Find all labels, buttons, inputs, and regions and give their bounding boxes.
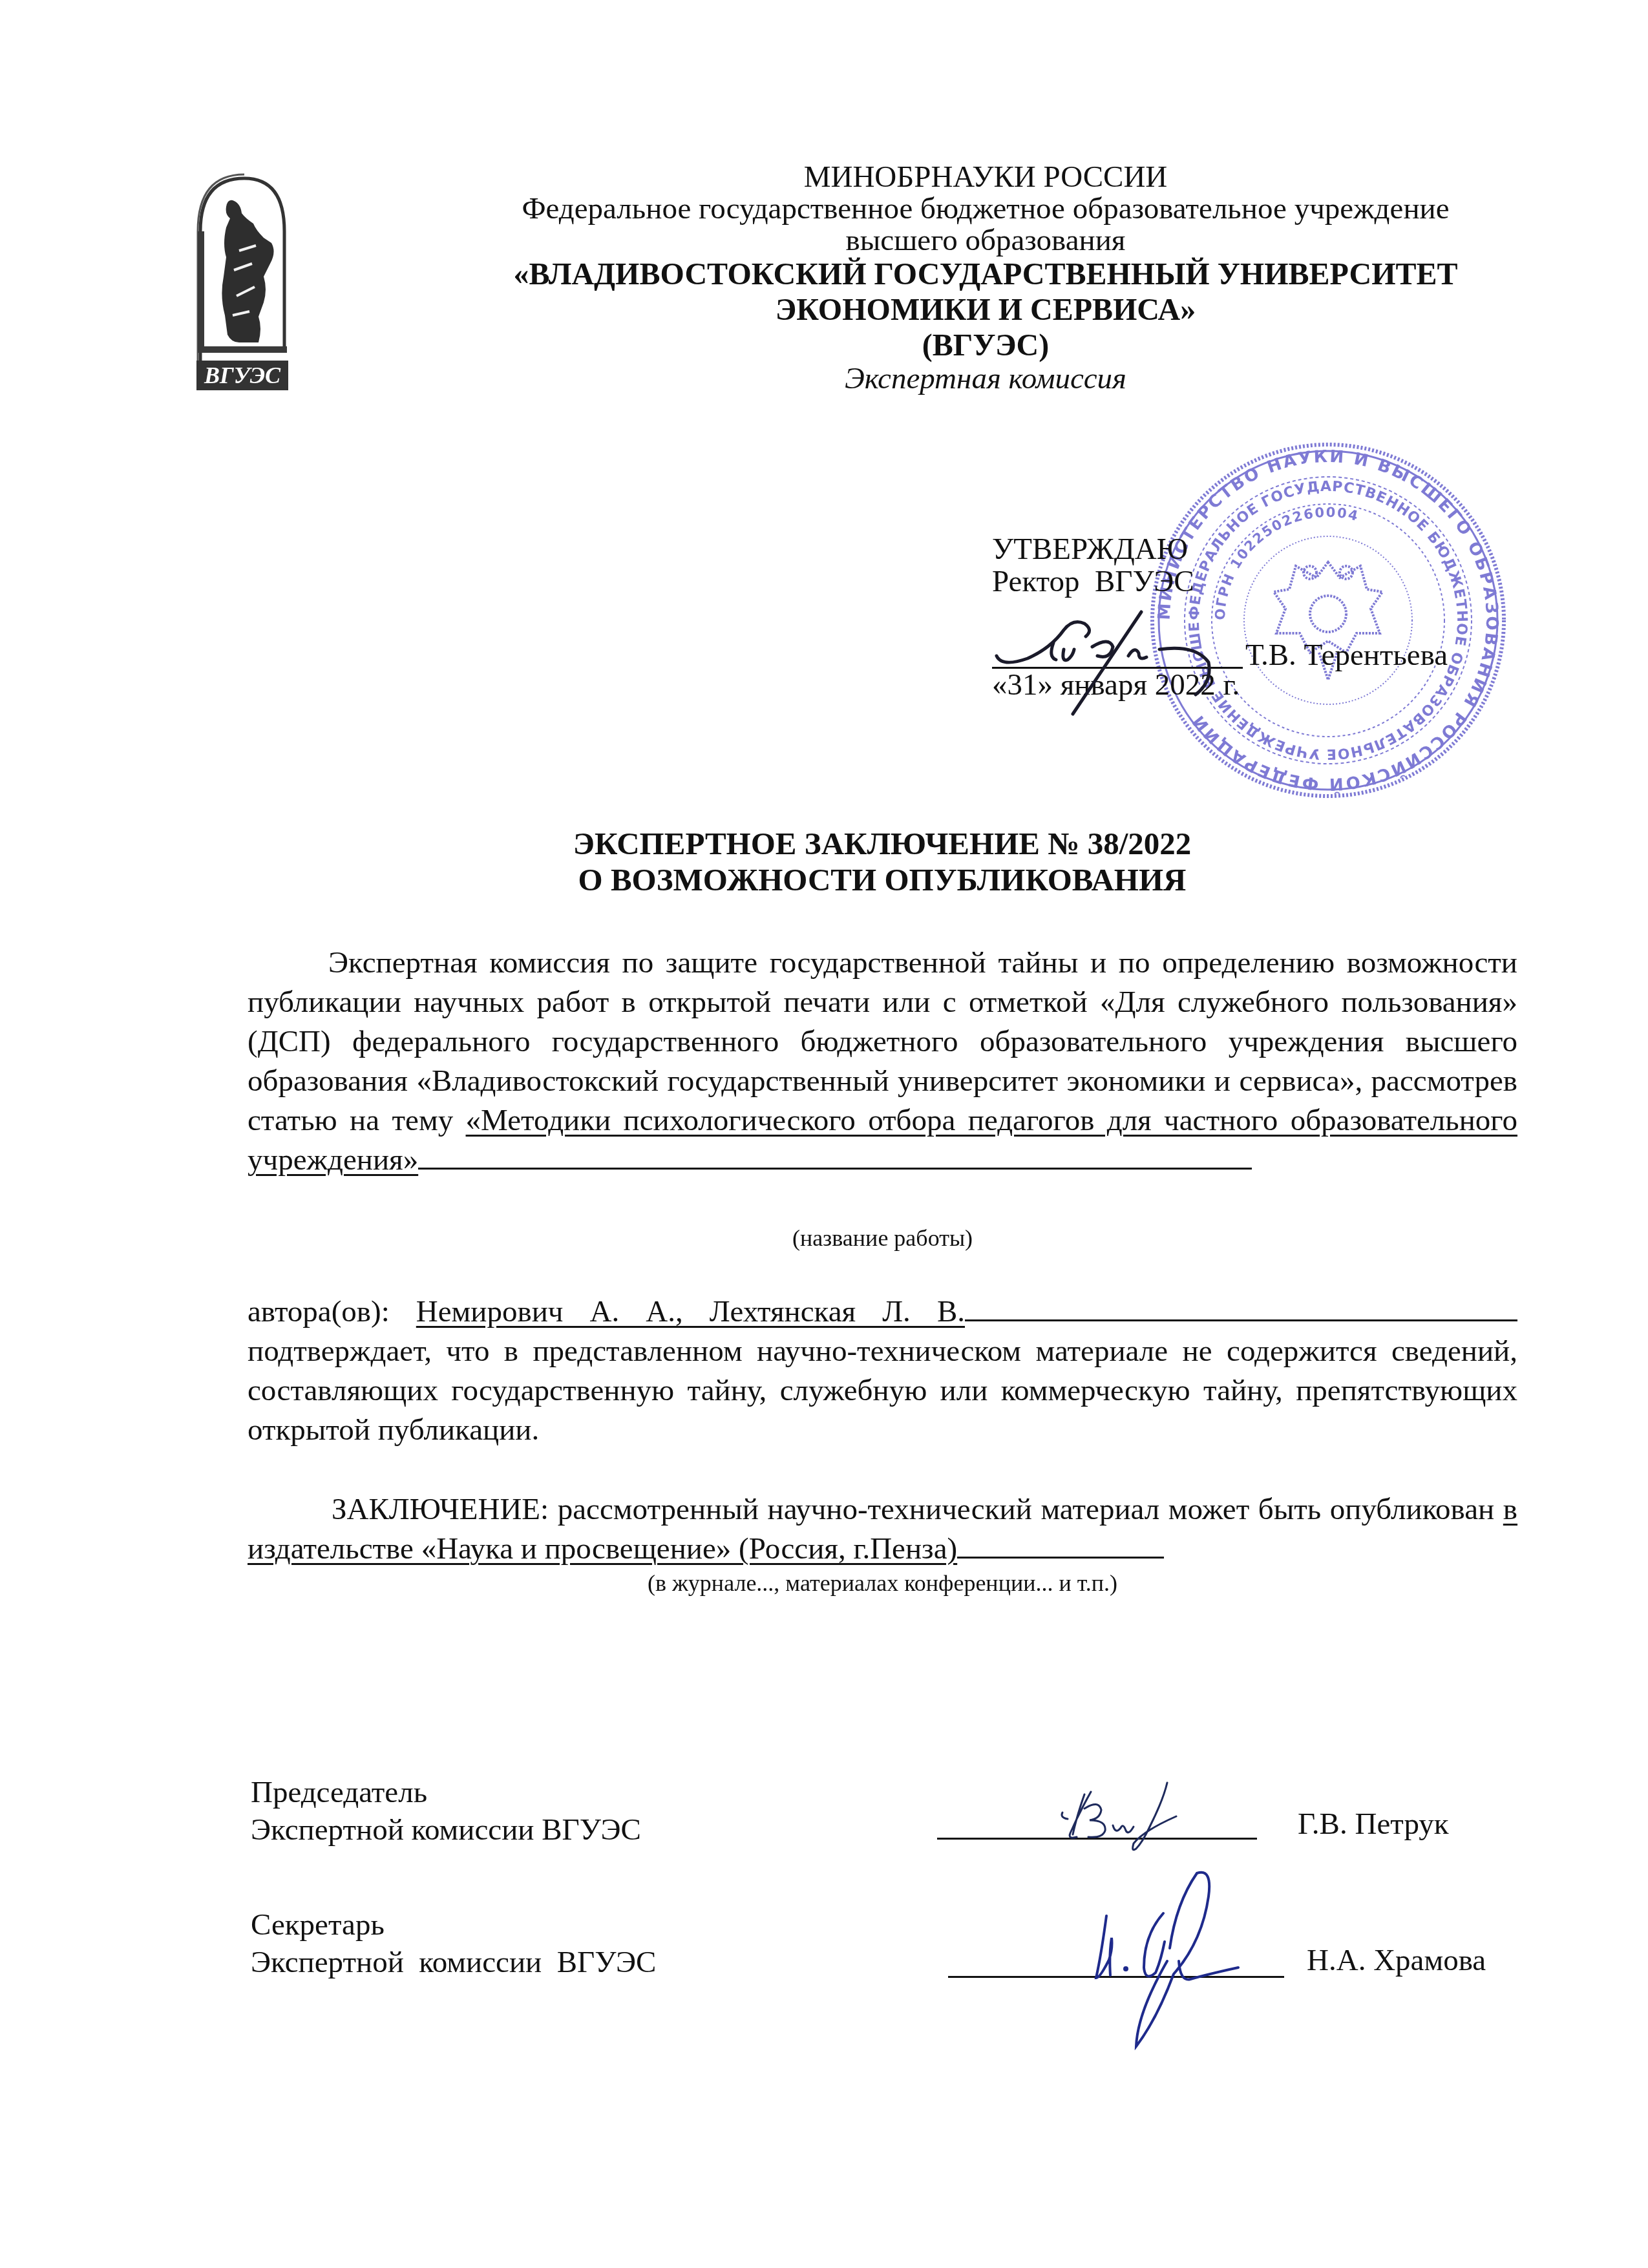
work-title-caption: (название работы) <box>248 1224 1517 1252</box>
approval-block: УТВЕРЖДАЮ Ректор ВГУЭС Т.В. Терентьева «… <box>992 533 1509 701</box>
chairman-title: Председатель <box>251 1774 641 1811</box>
rector-name: Т.В. Терентьева <box>1245 639 1448 671</box>
university-statue-logo-icon <box>194 173 291 392</box>
authors-paragraph: автора(ов): Немирович А. А., Лехтянская … <box>248 1292 1517 1450</box>
conclusion-paragraph: ЗАКЛЮЧЕНИЕ: рассмотренный научно-техниче… <box>248 1490 1517 1569</box>
chairman-commission: Экспертной комиссии ВГУЭС <box>251 1811 641 1849</box>
document-title: ЭКСПЕРТНОЕ ЗАКЛЮЧЕНИЕ № 38/2022 О ВОЗМОЖ… <box>246 826 1519 898</box>
approve-label: УТВЕРЖДАЮ <box>992 533 1509 565</box>
chairman-signature-icon <box>1053 1780 1183 1851</box>
authors-fill-line <box>965 1294 1517 1321</box>
university-logo: ВГУЭС <box>194 173 291 392</box>
document-header: МИНОБРНАУКИ РОССИИ Федеральное государст… <box>478 162 1493 395</box>
university-name-line2: ЭКОНОМИКИ И СЕРВИСА» <box>478 292 1493 328</box>
conclusion-lead: ЗАКЛЮЧЕНИЕ: рассмотренный научно-техниче… <box>332 1493 1494 1526</box>
publisher-fill-line <box>957 1531 1164 1559</box>
title-line1: ЭКСПЕРТНОЕ ЗАКЛЮЧЕНИЕ № 38/2022 <box>246 826 1519 862</box>
university-abbreviation: (ВГУЭС) <box>478 328 1493 363</box>
institution-type-line2: высшего образования <box>478 225 1493 257</box>
secretary-name: Н.А. Храмова <box>1307 1942 1486 1979</box>
secretary-signature-icon <box>1047 1864 1241 2058</box>
approval-date: «31» января 2022 г. <box>992 669 1509 701</box>
confirmation-text: подтверждает, что в представленном научн… <box>248 1334 1517 1447</box>
title-line2: О ВОЗМОЖНОСТИ ОПУБЛИКОВАНИЯ <box>246 862 1519 898</box>
secretary-commission: Экспертной комиссии ВГУЭС <box>251 1944 656 1981</box>
chairman-signature-line <box>937 1838 1257 1840</box>
chairman-name: Г.В. Петрук <box>1298 1805 1449 1843</box>
logo-label: ВГУЭС <box>199 362 286 389</box>
secretary-title: Секретарь <box>251 1906 656 1944</box>
authors-label: автора(ов): <box>248 1295 390 1328</box>
rector-signature-line <box>992 637 1243 669</box>
rector-signature-row: Т.В. Терентьева <box>992 598 1509 669</box>
department-name: Экспертная комиссия <box>478 363 1493 395</box>
chairman-role: Председатель Экспертной комиссии ВГУЭС <box>251 1774 641 1849</box>
institution-type-line1: Федеральное государственное бюджетное об… <box>478 193 1493 225</box>
authors-names: Немирович А. А., Лехтянская Л. В. <box>416 1295 965 1328</box>
university-name-line1: «ВЛАДИВОСТОКСКИЙ ГОСУДАРСТВЕННЫЙ УНИВЕРС… <box>478 257 1493 292</box>
rector-position: Ректор ВГУЭС <box>992 565 1509 598</box>
secretary-role: Секретарь Экспертной комиссии ВГУЭС <box>251 1906 656 1981</box>
publisher-caption: (в журнале..., материалах конференции...… <box>248 1569 1517 1597</box>
secretary-signature-line <box>948 1976 1284 1978</box>
work-title-fill-line <box>418 1142 1252 1170</box>
intro-paragraph: Экспертная комиссия по защите государств… <box>248 943 1517 1180</box>
ministry-name: МИНОБРНАУКИ РОССИИ <box>478 162 1493 193</box>
